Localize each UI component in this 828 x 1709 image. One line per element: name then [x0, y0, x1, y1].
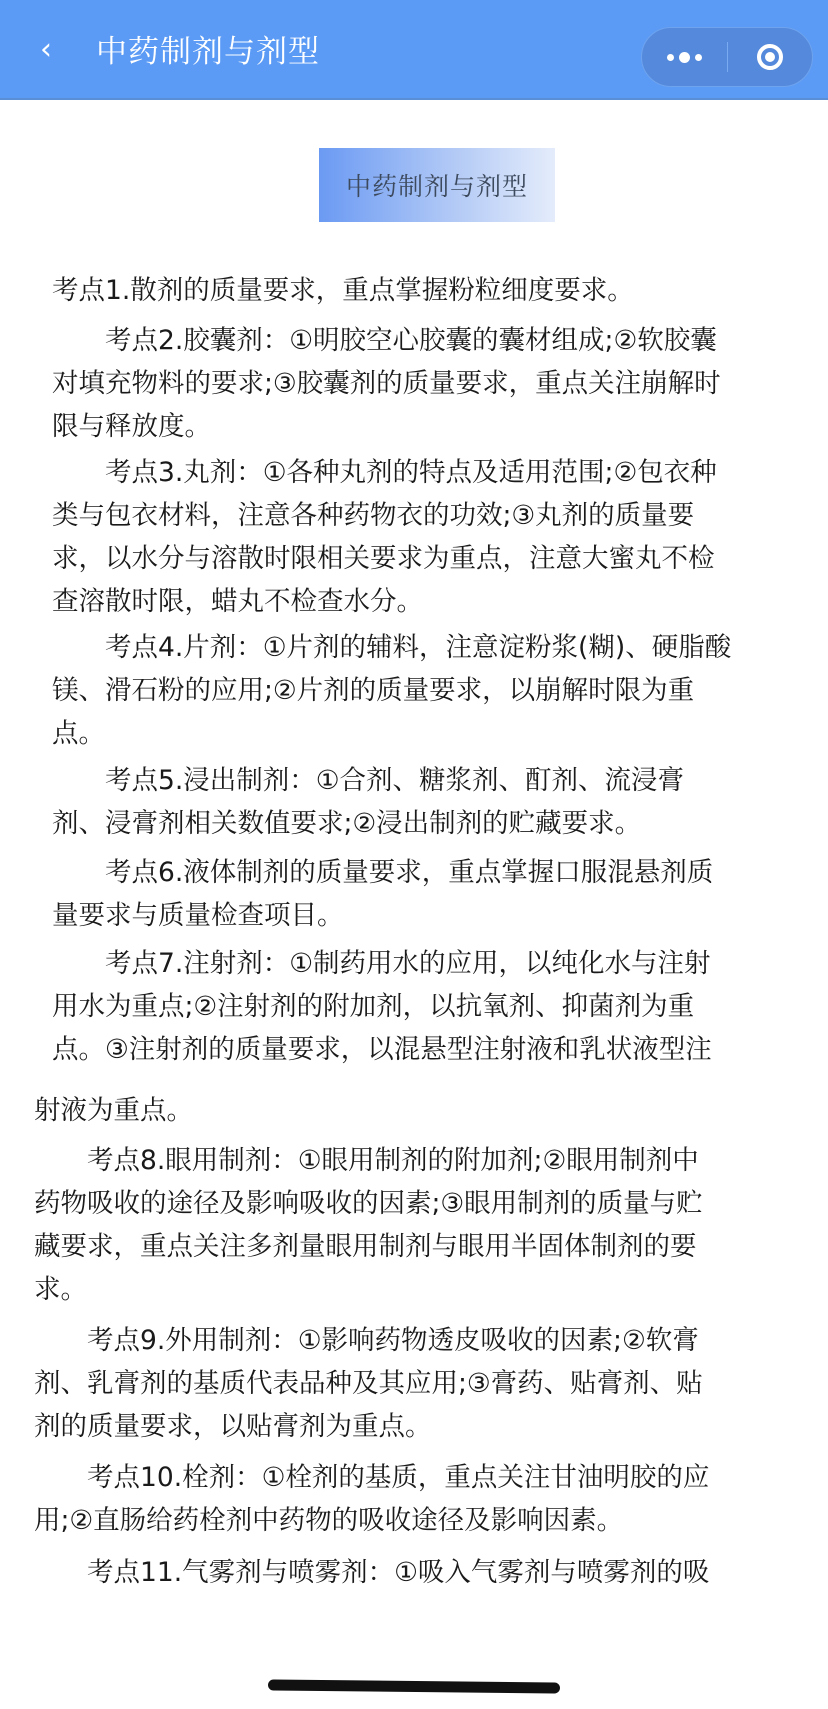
text-line: 剂、浸膏剂相关数值要求;②浸出制剂的贮藏要求。	[52, 801, 641, 847]
text-line: 剂、乳膏剂的基质代表品种及其应用;③膏药、贴膏剂、贴	[34, 1361, 703, 1407]
text-line: 药物吸收的途径及影响吸收的因素;③眼用制剂的质量与贮	[34, 1181, 703, 1227]
more-button[interactable]	[642, 28, 727, 86]
banner-title: 中药制剂与剂型	[346, 167, 528, 203]
redaction-mark	[268, 1679, 560, 1693]
text-line: 点。③注射剂的质量要求，以混悬型注射液和乳状液型注	[52, 1027, 712, 1073]
text-line: 点。	[52, 711, 105, 757]
more-dots-icon	[679, 52, 690, 63]
more-dots-icon	[695, 54, 702, 61]
text-line: 考点10.栓剂：①栓剂的基质，重点关注甘油明胶的应	[34, 1455, 709, 1501]
text-line: 考点8.眼用制剂：①眼用制剂的附加剂;②眼用制剂中	[34, 1138, 699, 1184]
text-line: 考点6.液体制剂的质量要求，重点掌握口服混悬剂质	[52, 850, 713, 896]
target-close-icon	[757, 44, 783, 70]
more-dots-icon	[667, 54, 674, 61]
chevron-left-icon: ‹	[40, 32, 52, 67]
text-line: 射液为重点。	[34, 1088, 193, 1134]
text-line: 类与包衣材料，注意各种药物衣的功效;③丸剂的质量要	[52, 493, 694, 539]
text-line: 用;②直肠给药栓剂中药物的吸收途径及影响因素。	[34, 1498, 623, 1544]
text-line: 求。	[34, 1267, 87, 1313]
navbar: ‹ 中药制剂与剂型	[0, 0, 828, 100]
text-line: 考点9.外用制剂：①影响药物透皮吸收的因素;②软膏	[34, 1318, 699, 1364]
page-title: 中药制剂与剂型	[96, 30, 320, 74]
text-line: 剂的质量要求，以贴膏剂为重点。	[34, 1404, 432, 1450]
back-button[interactable]: ‹	[40, 30, 76, 70]
text-line: 考点3.丸剂：①各种丸剂的特点及适用范围;②包衣种	[52, 450, 717, 496]
text-line: 藏要求，重点关注多剂量眼用制剂与眼用半固体制剂的要	[34, 1224, 697, 1270]
text-line: 考点11.气雾剂与喷雾剂：①吸入气雾剂与喷雾剂的吸	[34, 1550, 709, 1596]
text-line: 考点7.注射剂：①制药用水的应用，以纯化水与注射	[52, 941, 711, 987]
text-line: 镁、滑石粉的应用;②片剂的质量要求，以崩解时限为重	[52, 668, 694, 714]
text-line: 考点5.浸出制剂：①合剂、糖浆剂、酊剂、流浸膏	[52, 758, 684, 804]
close-button[interactable]	[728, 28, 812, 86]
text-line: 考点1.散剂的质量要求，重点掌握粉粒细度要求。	[52, 268, 634, 314]
text-line: 求，以水分与溶散时限相关要求为重点，注意大蜜丸不检	[52, 536, 715, 582]
text-line: 考点2.胶囊剂：①明胶空心胶囊的囊材组成;②软胶囊	[52, 318, 717, 364]
text-line: 量要求与质量检查项目。	[52, 893, 344, 939]
text-line: 查溶散时限，蜡丸不检查水分。	[52, 579, 423, 625]
text-line: 限与释放度。	[52, 404, 211, 450]
text-line: 对填充物料的要求;③胶囊剂的质量要求，重点关注崩解时	[52, 361, 721, 407]
miniprogram-capsule	[641, 27, 813, 87]
article-title-banner: 中药制剂与剂型	[319, 148, 555, 222]
text-line: 用水为重点;②注射剂的附加剂，以抗氧剂、抑菌剂为重	[52, 984, 694, 1030]
text-line: 考点4.片剂：①片剂的辅料，注意淀粉浆(糊)、硬脂酸	[52, 625, 731, 671]
